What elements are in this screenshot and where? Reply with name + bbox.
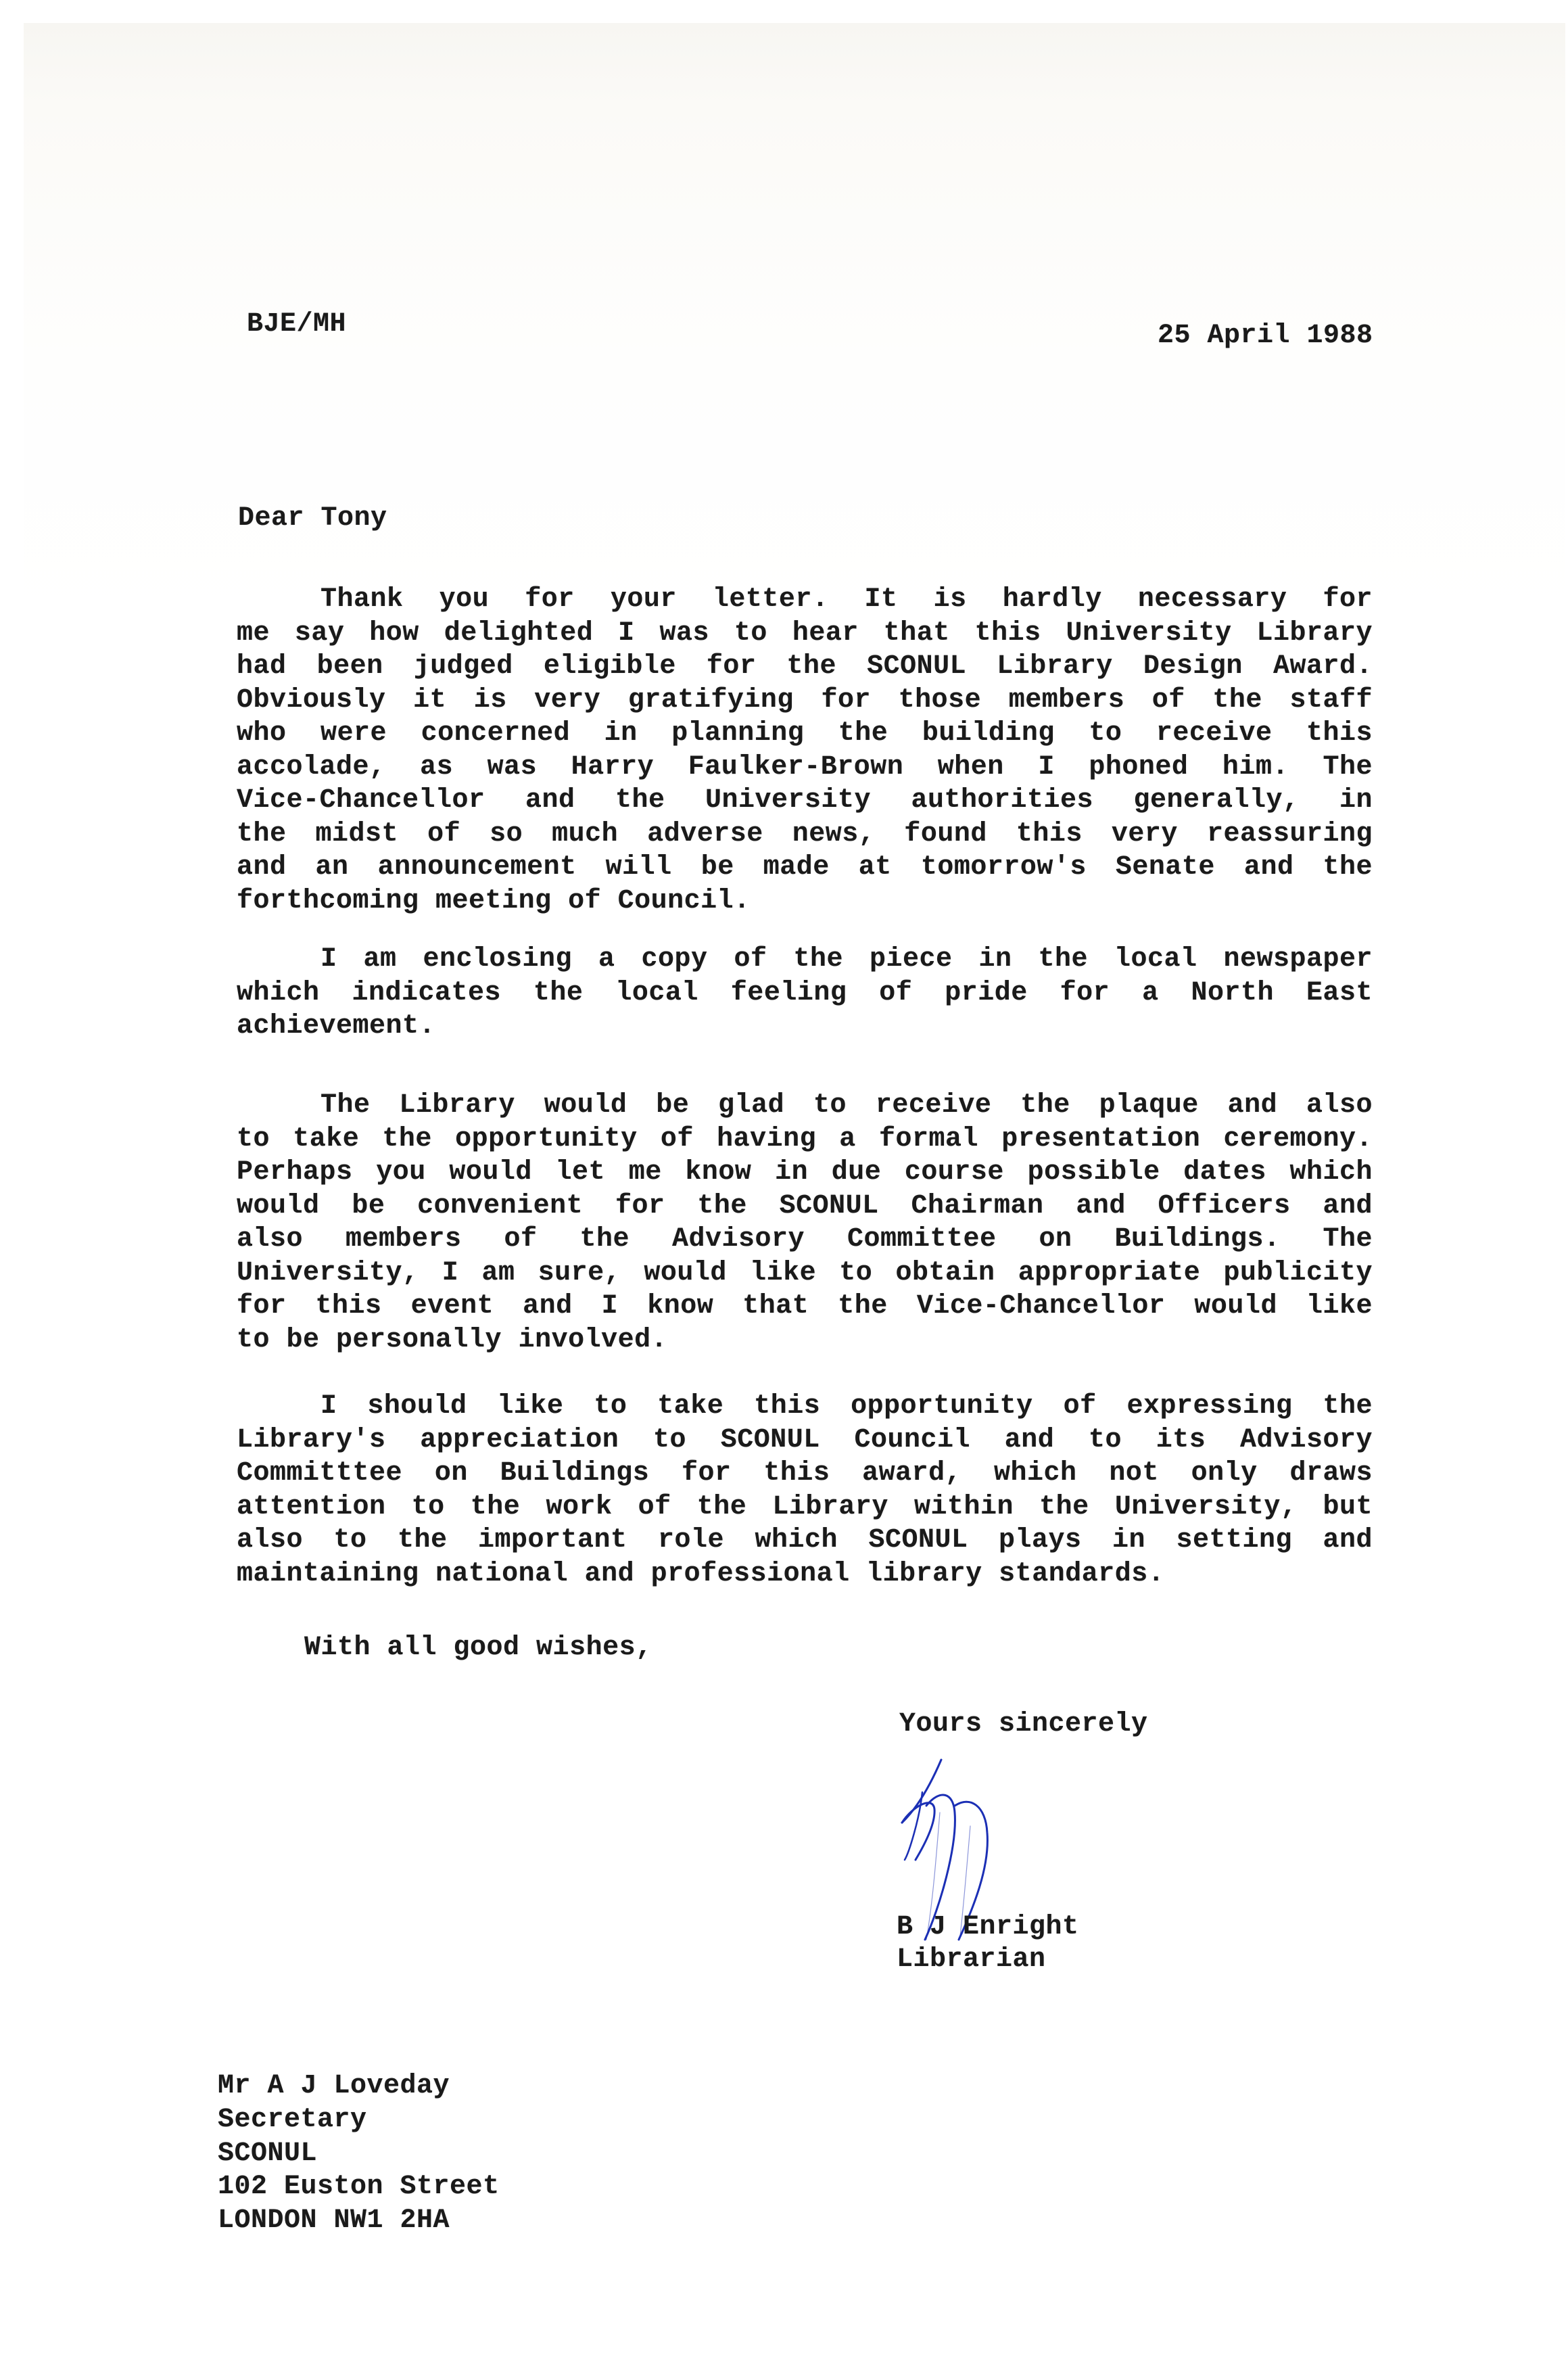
paragraph-line: and an announcement will be made at tomo…: [237, 851, 1373, 885]
paragraph-line: to take the opportunity of having a form…: [237, 1123, 1373, 1156]
paragraph-4: I should like to take this opportunity o…: [237, 1390, 1373, 1591]
salutation: Dear Tony: [238, 502, 387, 536]
address-line: Mr A J Loveday: [218, 2069, 500, 2103]
paragraph-line: also members of the Advisory Committee o…: [237, 1223, 1373, 1257]
address-line: Secretary: [218, 2103, 500, 2137]
address-line: 102 Euston Street: [218, 2170, 500, 2204]
paragraph-line: Perhaps you would let me know in due cou…: [237, 1156, 1373, 1190]
paragraph-line: the midst of so much adverse news, found…: [237, 818, 1373, 851]
paragraph-line: which indicates the local feeling of pri…: [237, 977, 1373, 1010]
paragraph-line: I should like to take this opportunity o…: [237, 1390, 1373, 1424]
paragraph-3: The Library would be glad to receive the…: [237, 1089, 1373, 1357]
paragraph-line: forthcoming meeting of Council.: [237, 885, 1373, 918]
sign-off: Yours sincerely: [899, 1708, 1148, 1741]
paragraph-line: who were concerned in planning the build…: [237, 717, 1373, 751]
paragraph-line: accolade, as was Harry Faulker-Brown whe…: [237, 751, 1373, 785]
paragraph-line: Vice-Chancellor and the University autho…: [237, 784, 1373, 818]
paragraph-line: for this event and I know that the Vice-…: [237, 1290, 1373, 1324]
paragraph-line: to be personally involved.: [237, 1324, 1373, 1357]
paragraph-line: me say how delighted I was to hear that …: [237, 617, 1373, 651]
paragraph-line: University, I am sure, would like to obt…: [237, 1257, 1373, 1290]
paragraph-line: Library's appreciation to SCONUL Council…: [237, 1424, 1373, 1457]
paragraph-line: Thank you for your letter. It is hardly …: [237, 583, 1373, 617]
letter-date: 25 April 1988: [1158, 319, 1373, 353]
recipient-address: Mr A J LovedaySecretarySCONUL102 Euston …: [218, 2069, 500, 2238]
paragraph-line: would be convenient for the SCONUL Chair…: [237, 1190, 1373, 1223]
paragraph-line: I am enclosing a copy of the piece in th…: [237, 943, 1373, 977]
address-line: SCONUL: [218, 2137, 500, 2171]
paragraph-line: Committtee on Buildings for this award, …: [237, 1457, 1373, 1491]
address-line: LONDON NW1 2HA: [218, 2204, 500, 2238]
paragraph-line: achievement.: [237, 1010, 1373, 1044]
paragraph-line: The Library would be glad to receive the…: [237, 1089, 1373, 1123]
paragraph-line: maintaining national and professional li…: [237, 1558, 1373, 1591]
paragraph-line: had been judged eligible for the SCONUL …: [237, 650, 1373, 684]
paragraph-1: Thank you for your letter. It is hardly …: [237, 583, 1373, 918]
signatory-name: B J Enright: [897, 1911, 1079, 1944]
paragraph-2: I am enclosing a copy of the piece in th…: [237, 943, 1373, 1044]
reference-code: BJE/MH: [247, 308, 346, 342]
paragraph-line: Obviously it is very gratifying for thos…: [237, 684, 1373, 718]
signatory-title: Librarian: [897, 1943, 1046, 1977]
closing-line: With all good wishes,: [304, 1631, 652, 1665]
paragraph-line: also to the important role which SCONUL …: [237, 1524, 1373, 1558]
paragraph-line: attention to the work of the Library wit…: [237, 1491, 1373, 1524]
